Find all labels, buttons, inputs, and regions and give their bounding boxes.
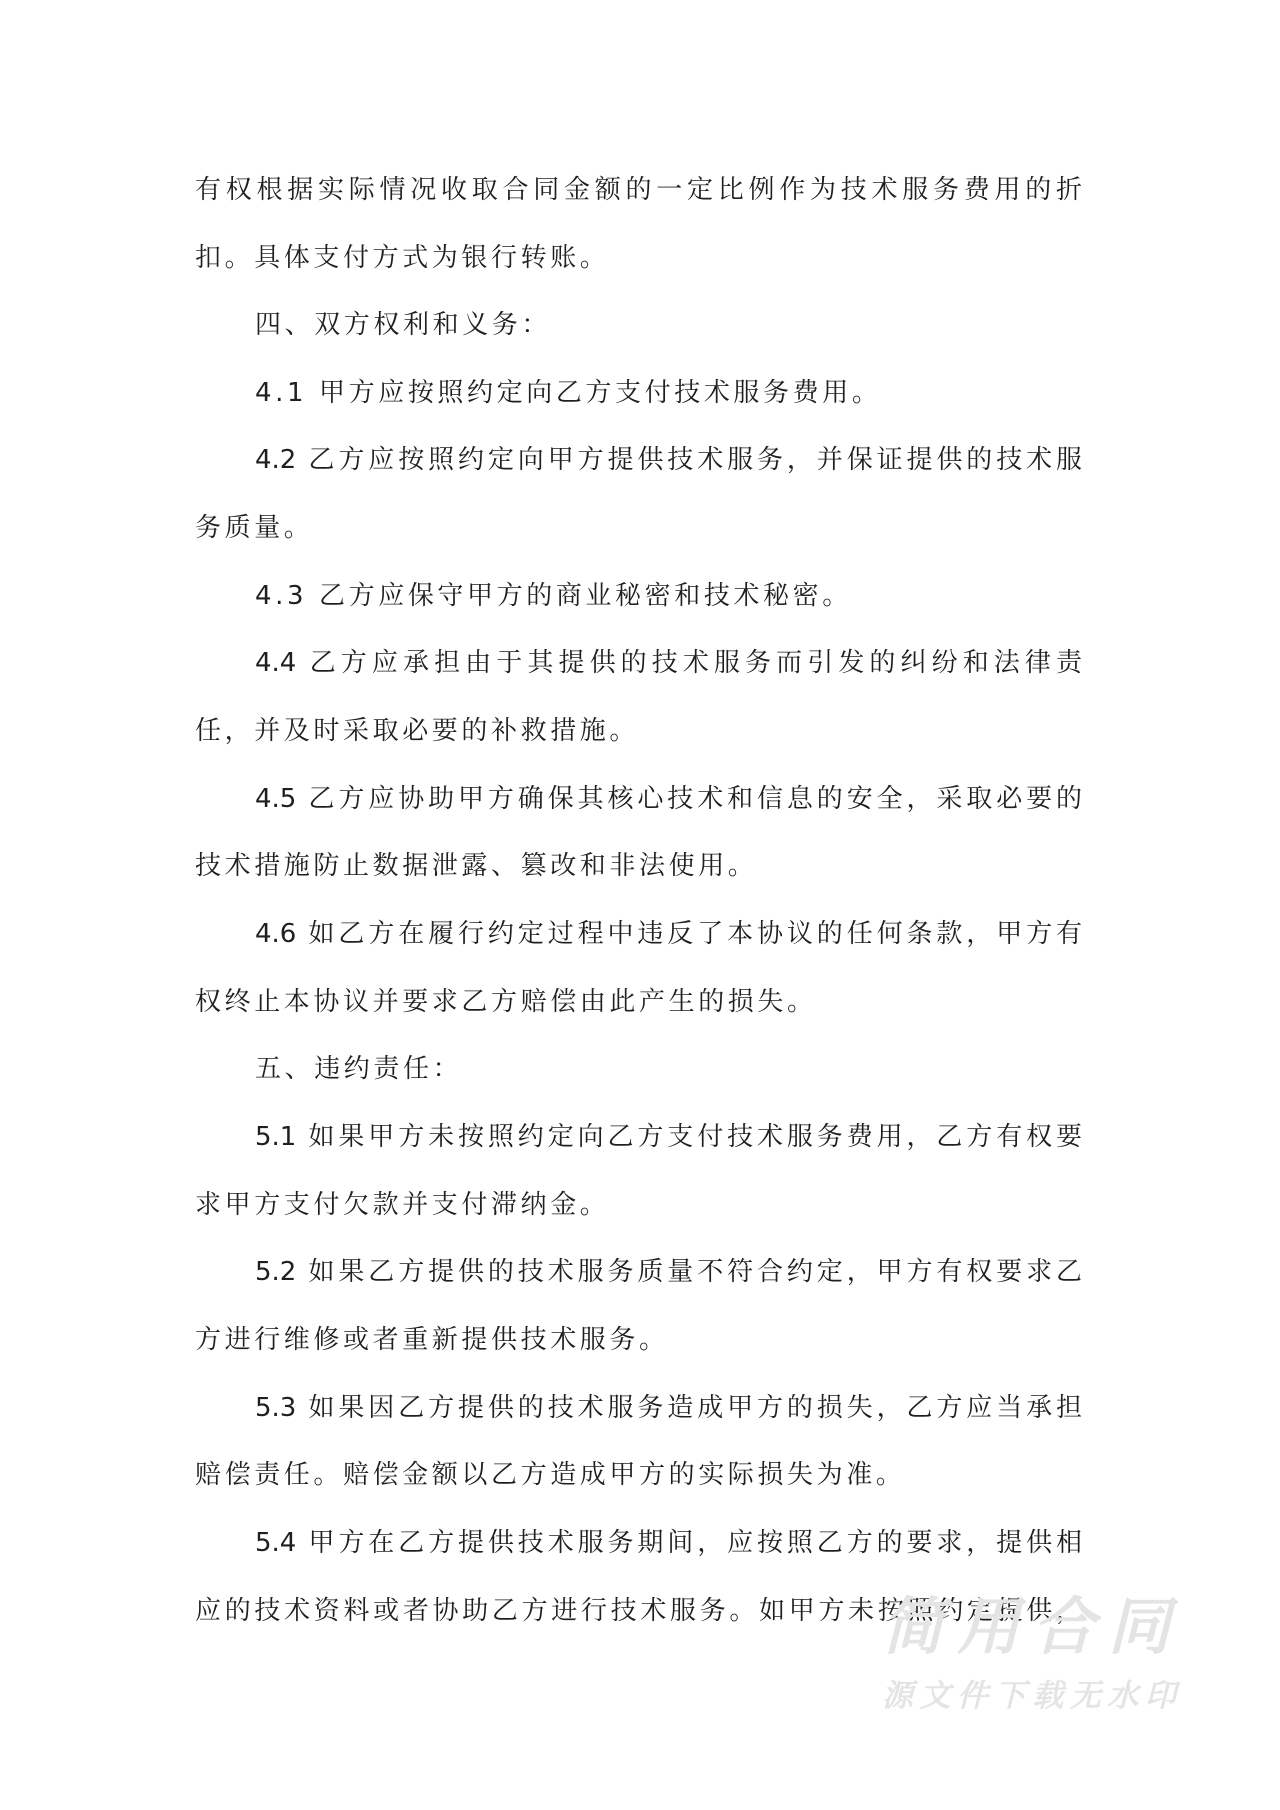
section-heading-5: 五、违约责任： — [255, 1049, 462, 1089]
text-line-1: 有权根据实际情况收取合同金额的一定比例作为技术服务费用的折 — [195, 170, 1082, 210]
clause-4-5-cont: 技术措施防止数据泄露、篡改和非法使用。 — [195, 846, 757, 886]
clause-5-2: 5.2 如果乙方提供的技术服务质量不符合约定，甲方有权要求乙 — [255, 1252, 1082, 1292]
clause-4-2: 4.2 乙方应按照约定向甲方提供技术服务，并保证提供的技术服 — [255, 440, 1082, 480]
clause-5-1: 5.1 如果甲方未按照约定向乙方支付技术服务费用，乙方有权要 — [255, 1117, 1082, 1157]
section-heading-4: 四、双方权利和义务： — [255, 305, 551, 345]
text-line-2: 扣。具体支付方式为银行转账。 — [195, 238, 609, 278]
clause-4-5: 4.5 乙方应协助甲方确保其核心技术和信息的安全，采取必要的 — [255, 779, 1082, 819]
clause-5-1-cont: 求甲方支付欠款并支付滞纳金。 — [195, 1185, 609, 1225]
clause-5-3: 5.3 如果因乙方提供的技术服务造成甲方的损失，乙方应当承担 — [255, 1388, 1082, 1428]
watermark-subtitle: 源文件下载无水印 — [882, 1678, 1178, 1714]
clause-5-4: 5.4 甲方在乙方提供技术服务期间，应按照乙方的要求，提供相 — [255, 1523, 1082, 1563]
clause-5-2-cont: 方进行维修或者重新提供技术服务。 — [195, 1320, 669, 1360]
clause-4-6-cont: 权终止本协议并要求乙方赔偿由此产生的损失。 — [195, 982, 817, 1022]
clause-4-4: 4.4 乙方应承担由于其提供的技术服务而引发的纠纷和法律责 — [255, 643, 1082, 683]
clause-4-1: 4.1 甲方应按照约定向乙方支付技术服务费用。 — [255, 373, 881, 413]
clause-4-3: 4.3 乙方应保守甲方的商业秘密和技术秘密。 — [255, 576, 852, 616]
clause-5-3-cont: 赔偿责任。赔偿金额以乙方造成甲方的实际损失为准。 — [195, 1455, 905, 1495]
clause-4-6: 4.6 如乙方在履行约定过程中违反了本协议的任何条款，甲方有 — [255, 914, 1082, 954]
watermark-logo-text: 简用合同 — [882, 1595, 1178, 1659]
clause-4-2-cont: 务质量。 — [195, 508, 313, 548]
document-page: 有权根据实际情况收取合同金额的一定比例作为技术服务费用的折 扣。具体支付方式为银… — [0, 0, 1280, 1810]
clause-4-4-cont: 任，并及时采取必要的补救措施。 — [195, 711, 639, 751]
